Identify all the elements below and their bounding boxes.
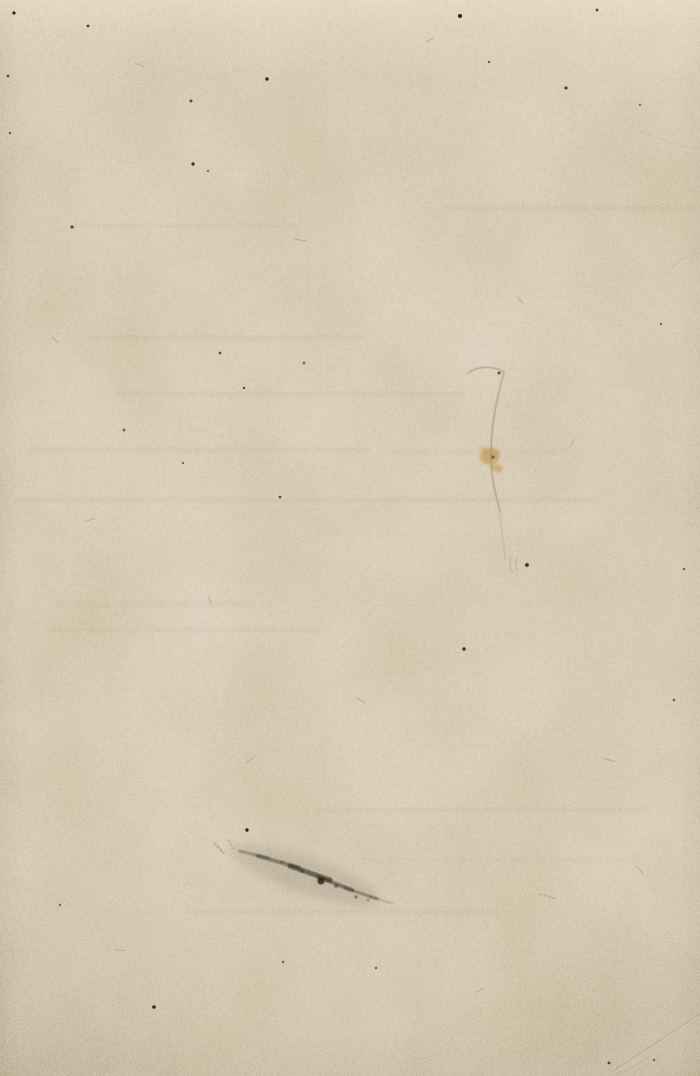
ink-speck <box>190 100 193 103</box>
ink-speck <box>653 1059 655 1061</box>
ink-speck <box>219 352 222 355</box>
crease-line <box>687 953 700 972</box>
ink-speck <box>71 226 74 229</box>
charcoal-smudge-dot <box>355 896 358 899</box>
smudge-halo <box>225 833 384 918</box>
ink-speck <box>265 77 268 80</box>
ink-speck <box>458 14 462 18</box>
ink-speck <box>191 162 194 165</box>
ink-speck <box>182 462 184 464</box>
ink-speck <box>303 362 306 365</box>
ink-speck <box>152 1005 156 1009</box>
charcoal-smudge <box>214 843 224 853</box>
ink-speck <box>660 323 662 325</box>
ink-speck <box>673 699 676 702</box>
ink-speck <box>525 563 529 567</box>
ghost-text-impression <box>445 206 695 211</box>
charcoal-smudge-dot <box>367 899 369 901</box>
ghost-text-impression <box>115 392 465 397</box>
charcoal-smudge-dot <box>281 861 284 864</box>
ink-speck <box>123 429 126 432</box>
ink-speck <box>243 387 245 389</box>
ghost-text-impression <box>15 498 600 503</box>
ink-speck <box>565 87 568 90</box>
charcoal-smudge <box>540 894 556 899</box>
scanned-page-photo <box>0 0 700 1076</box>
pencil-mark <box>491 373 504 512</box>
ink-speck <box>639 104 641 106</box>
ink-speck <box>282 961 284 963</box>
paper-fiber <box>135 63 144 66</box>
crease-line <box>612 1014 700 1072</box>
paper-fiber <box>85 519 96 522</box>
crease-highlight <box>613 1015 700 1073</box>
ghost-text-impression <box>90 336 365 341</box>
ghost-text-impression <box>70 224 300 228</box>
paper-fiber <box>115 950 125 951</box>
ink-speck <box>87 25 90 28</box>
ink-speck <box>683 568 685 570</box>
ink-speck <box>7 75 10 78</box>
ink-speck <box>12 11 15 14</box>
ink-speck <box>608 1062 611 1065</box>
crease-highlight <box>673 253 700 269</box>
ghost-text-impression <box>360 858 640 862</box>
ink-speck <box>498 372 501 375</box>
ink-speck <box>207 170 209 172</box>
ink-speck <box>596 9 599 12</box>
scratch-mark <box>510 556 513 573</box>
ink-speck <box>245 828 248 831</box>
ink-speck <box>9 132 11 134</box>
paper-fiber <box>294 239 306 241</box>
paper-fiber <box>517 297 523 303</box>
paper-fiber <box>247 757 253 762</box>
paper-fiber <box>637 867 642 873</box>
ghost-text-impression <box>185 910 500 915</box>
scratch-mark <box>516 557 518 572</box>
charcoal-smudge-dot <box>300 869 303 872</box>
ghost-text-impression <box>30 448 370 453</box>
paper-fiber <box>476 988 484 992</box>
charcoal-smudge-dot <box>318 878 325 885</box>
ink-speck <box>375 967 377 969</box>
ink-speck <box>59 904 61 906</box>
ghost-text-impression <box>315 808 650 813</box>
paper-fiber <box>570 439 575 448</box>
rust-stain-core <box>491 455 494 458</box>
paper-marks-layer <box>0 0 700 1076</box>
paper-fiber <box>427 38 434 42</box>
ghost-text-impression <box>45 628 330 633</box>
ghost-text-impression <box>55 601 255 607</box>
crease-line <box>640 132 700 150</box>
pencil-mark <box>500 512 505 560</box>
charcoal-smudge <box>228 840 234 849</box>
ink-speck <box>462 647 465 650</box>
ink-speck <box>279 496 282 499</box>
ink-speck <box>488 61 490 63</box>
rust-stain <box>480 446 488 452</box>
charcoal-smudge-dot <box>334 884 338 888</box>
paper-fiber <box>604 758 616 761</box>
paper-fiber <box>356 698 365 703</box>
paper-fiber <box>52 337 58 342</box>
